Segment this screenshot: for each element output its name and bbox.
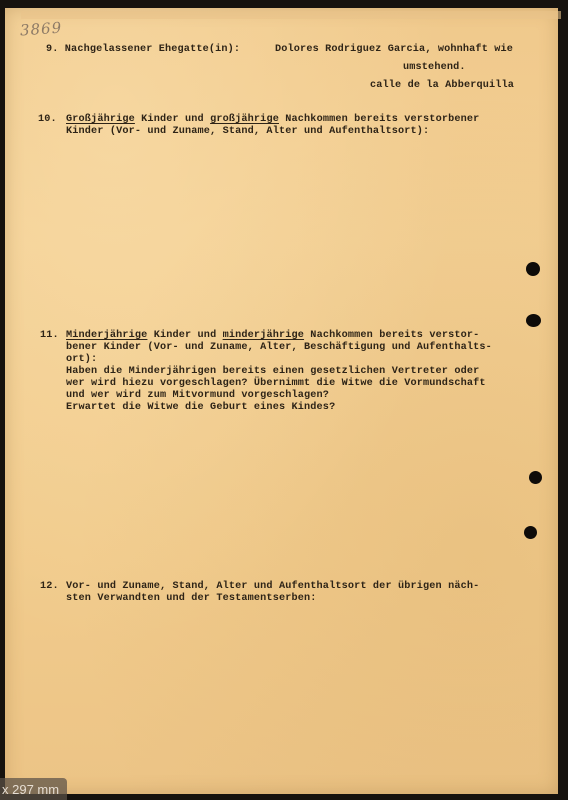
item-10-line-1: Großjährige Kinder und großjährige Nachk… <box>66 114 479 126</box>
document-page: 3869 9. Nachgelassener Ehegatte(in): Dol… <box>5 8 558 794</box>
item-11-line-6: und wer wird zum Mitvormund vorgeschlage… <box>66 390 329 402</box>
item-9-label: 9. Nachgelassener Ehegatte(in): <box>46 44 240 56</box>
item-11-line-1: Minderjährige Kinder und minderjährige N… <box>66 330 479 342</box>
item-9-answer-line-3: calle de la Abberquilla <box>370 80 514 92</box>
punch-hole-1 <box>526 262 540 276</box>
item-11-line-5: wer wird hiezu vorgeschlagen? Übernimmt … <box>66 378 486 390</box>
page-size-badge: x 297 mm <box>0 778 67 800</box>
pencil-archive-number: 3869 <box>19 19 62 40</box>
punch-hole-4 <box>524 526 537 539</box>
item-11-line-3: ort): <box>66 354 97 366</box>
item-10-number: 10. <box>38 114 57 126</box>
item-11-number: 11. <box>40 330 59 342</box>
paper-edge <box>21 11 561 19</box>
item-9-number: 9. <box>46 44 59 55</box>
item-11-line-4: Haben die Minderjährigen bereits einen g… <box>66 366 479 378</box>
item-10-line-2: Kinder (Vor- und Zuname, Stand, Alter un… <box>66 126 429 138</box>
punch-hole-3 <box>529 471 542 484</box>
item-9-answer-line-2: umstehend. <box>403 62 466 74</box>
item-12-line-2: sten Verwandten und der Testamentserben: <box>66 593 317 605</box>
item-12-line-1: Vor- und Zuname, Stand, Alter und Aufent… <box>66 581 479 593</box>
item-9-answer-line-1: Dolores Rodriguez Garcia, wohnhaft wie <box>275 44 513 56</box>
punch-hole-2 <box>526 314 541 327</box>
item-9-text: Nachgelassener Ehegatte(in): <box>65 44 240 55</box>
item-12-number: 12. <box>40 581 59 593</box>
item-11-line-7: Erwartet die Witwe die Geburt eines Kind… <box>66 402 335 414</box>
item-11-line-2: bener Kinder (Vor- und Zuname, Alter, Be… <box>66 342 492 354</box>
